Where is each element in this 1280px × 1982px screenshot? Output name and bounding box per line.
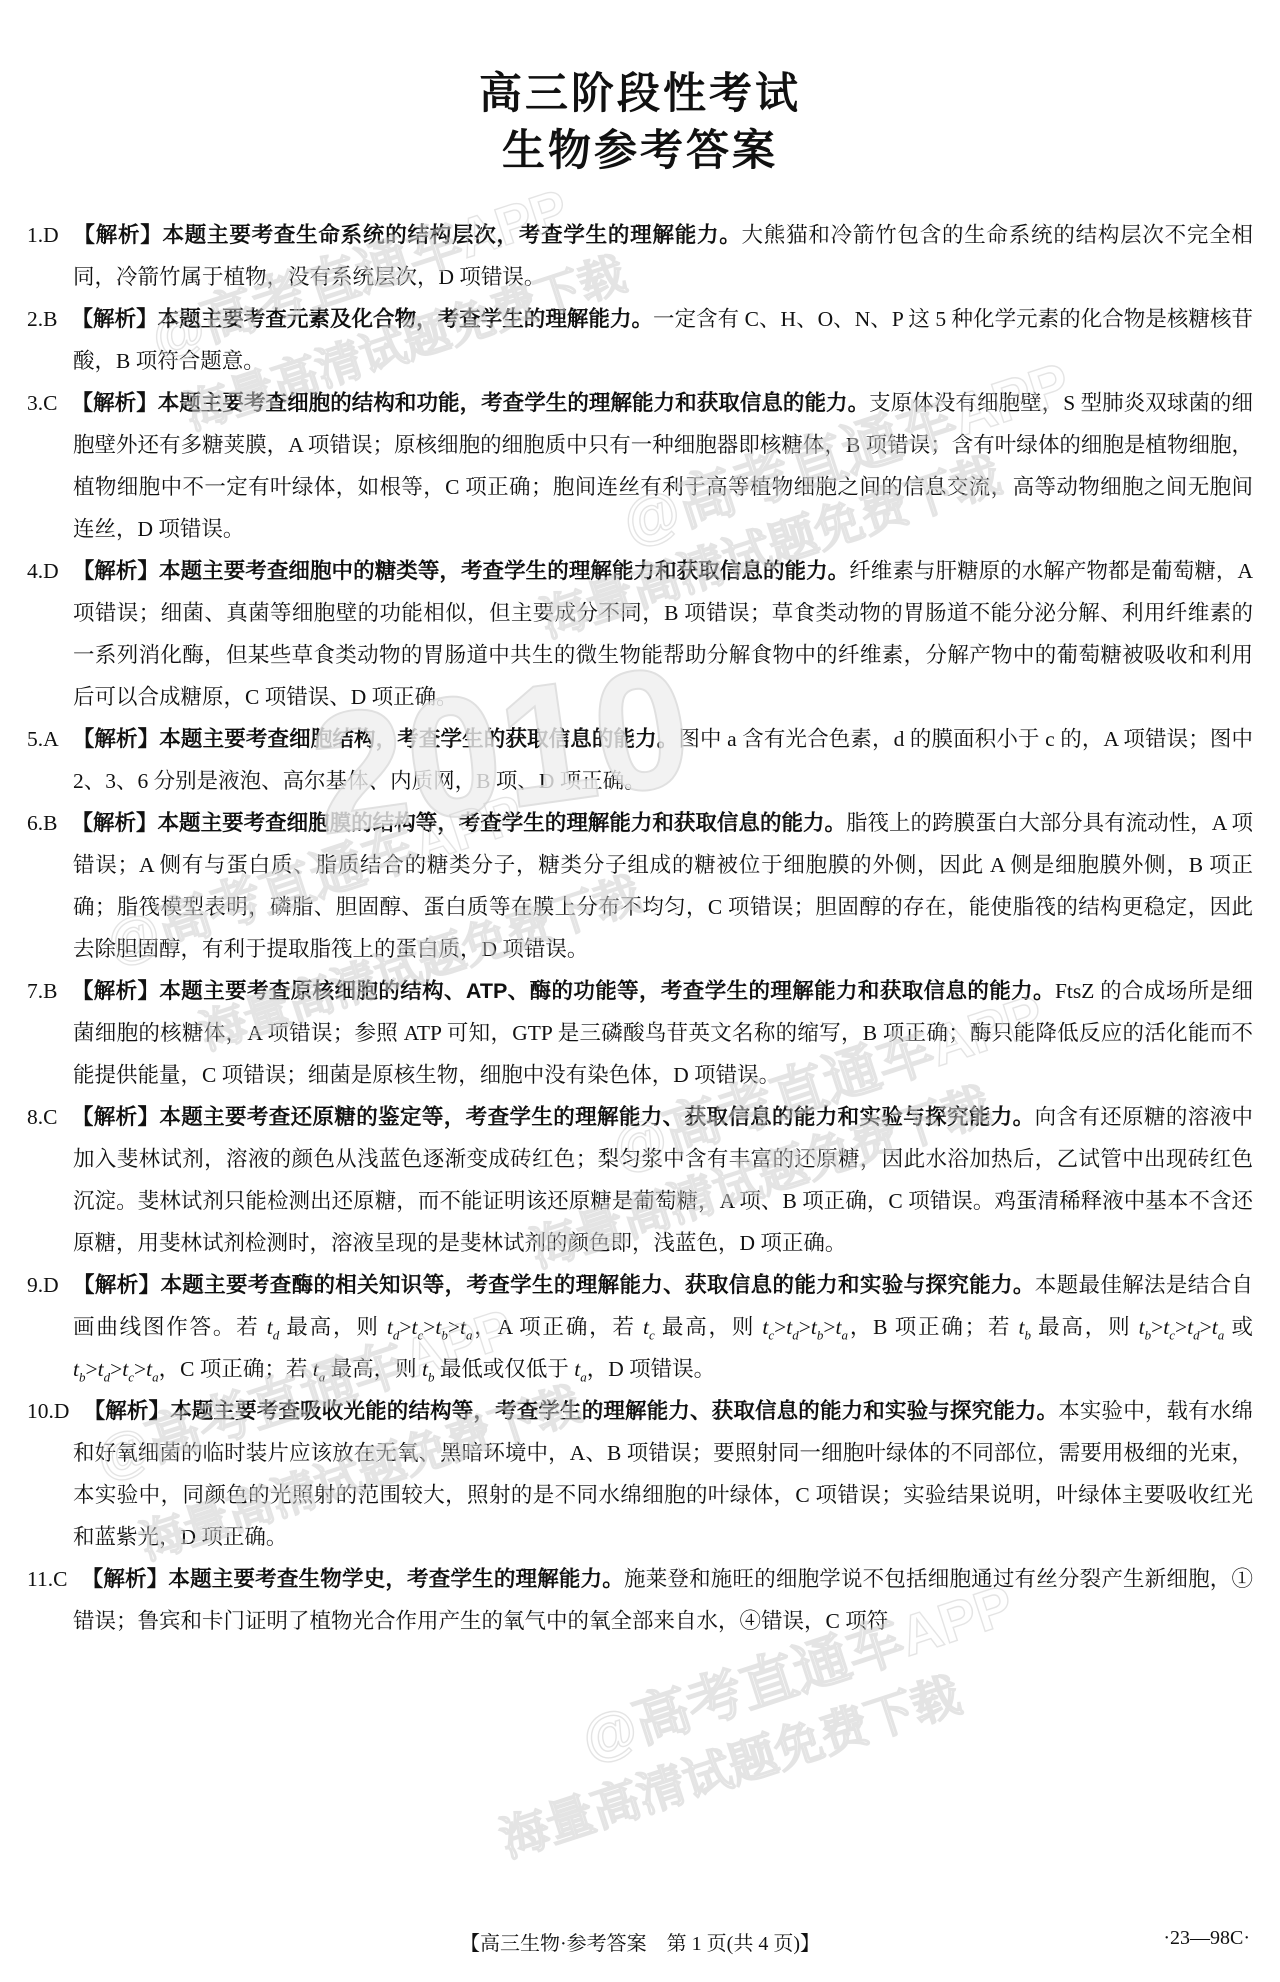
answer-item: 6.B【解析】本题主要考查细胞膜的结构等，考查学生的理解能力和获取信息的能力。脂… — [27, 802, 1253, 970]
answer-analysis-lead: 【解析】本题主要考查细胞结构，考查学生的获取信息的能力。 — [73, 727, 679, 751]
answer-number: 5.A — [27, 727, 59, 751]
page-title-line1: 高三阶段性考试 — [27, 66, 1253, 123]
answer-number: 8.C — [27, 1105, 57, 1129]
page-root: 高三阶段性考试 生物参考答案 1.D【解析】本题主要考查生命系统的结构层次，考查… — [0, 0, 1280, 1982]
answer-item: 10.D【解析】本题主要考查吸收光能的结构等，考查学生的理解能力、获取信息的能力… — [27, 1390, 1253, 1558]
answer-analysis-lead: 【解析】本题主要考查还原糖的鉴定等，考查学生的理解能力、获取信息的能力和实验与探… — [71, 1105, 1034, 1129]
answer-analysis-lead: 【解析】本题主要考查酶的相关知识等，考查学生的理解能力、获取信息的能力和实验与探… — [73, 1273, 1035, 1297]
answer-item: 11.C【解析】本题主要考查生物学史，考查学生的理解能力。施莱登和施旺的细胞学说… — [27, 1558, 1253, 1642]
footer-paper-code: ·23—98C· — [1163, 1927, 1250, 1950]
answer-number: 7.B — [27, 979, 57, 1003]
answer-number: 10.D — [27, 1399, 69, 1423]
answers-list: 1.D【解析】本题主要考查生命系统的结构层次，考查学生的理解能力。大熊猫和冷箭竹… — [27, 214, 1253, 1642]
answer-item: 8.C【解析】本题主要考查还原糖的鉴定等，考查学生的理解能力、获取信息的能力和实… — [27, 1096, 1253, 1264]
answer-number: 11.C — [27, 1567, 67, 1591]
answer-number: 6.B — [27, 811, 57, 835]
answer-number: 3.C — [27, 391, 57, 415]
page-title-line2: 生物参考答案 — [27, 123, 1253, 180]
answer-item: 2.B【解析】本题主要考查元素及化合物，考查学生的理解能力。一定含有 C、H、O… — [27, 298, 1253, 382]
answer-item: 9.D【解析】本题主要考查酶的相关知识等，考查学生的理解能力、获取信息的能力和实… — [27, 1264, 1253, 1390]
answer-analysis-lead: 【解析】本题主要考查生物学史，考查学生的理解能力。 — [81, 1567, 624, 1591]
answer-analysis-lead: 【解析】本题主要考查生命系统的结构层次，考查学生的理解能力。 — [73, 223, 742, 247]
answer-item: 4.D【解析】本题主要考查细胞中的糖类等，考查学生的理解能力和获取信息的能力。纤… — [27, 550, 1253, 718]
answer-analysis-lead: 【解析】本题主要考查原核细胞的结构、ATP、酶的功能等，考查学生的理解能力和获取… — [71, 979, 1054, 1003]
answer-number: 1.D — [27, 223, 59, 247]
answer-number: 4.D — [27, 559, 59, 583]
answer-analysis-lead: 【解析】本题主要考查细胞膜的结构等，考查学生的理解能力和获取信息的能力。 — [71, 811, 846, 835]
answer-analysis-lead: 【解析】本题主要考查细胞中的糖类等，考查学生的理解能力和获取信息的能力。 — [73, 559, 850, 583]
answer-analysis-lead: 【解析】本题主要考查元素及化合物，考查学生的理解能力。 — [71, 307, 653, 331]
answer-item: 1.D【解析】本题主要考查生命系统的结构层次，考查学生的理解能力。大熊猫和冷箭竹… — [27, 214, 1253, 298]
footer-page-label: 【高三生物·参考答案 第 1 页(共 4 页)】 — [0, 1927, 1280, 1956]
page-footer: 【高三生物·参考答案 第 1 页(共 4 页)】 ·23—98C· — [0, 1927, 1280, 1956]
answer-item: 7.B【解析】本题主要考查原核细胞的结构、ATP、酶的功能等，考查学生的理解能力… — [27, 970, 1253, 1096]
watermark-text: 海量高清试题免费下载 — [490, 1657, 968, 1871]
answer-analysis-lead: 【解析】本题主要考查吸收光能的结构等，考查学生的理解能力、获取信息的能力和实验与… — [83, 1399, 1058, 1423]
answer-number: 9.D — [27, 1273, 59, 1297]
answer-item: 5.A【解析】本题主要考查细胞结构，考查学生的获取信息的能力。图中 a 含有光合… — [27, 718, 1253, 802]
answer-analysis-lead: 【解析】本题主要考查细胞的结构和功能，考查学生的理解能力和获取信息的能力。 — [71, 391, 869, 415]
answer-item: 3.C【解析】本题主要考查细胞的结构和功能，考查学生的理解能力和获取信息的能力。… — [27, 382, 1253, 550]
answer-number: 2.B — [27, 307, 57, 331]
page-content: 高三阶段性考试 生物参考答案 1.D【解析】本题主要考查生命系统的结构层次，考查… — [0, 0, 1280, 1642]
